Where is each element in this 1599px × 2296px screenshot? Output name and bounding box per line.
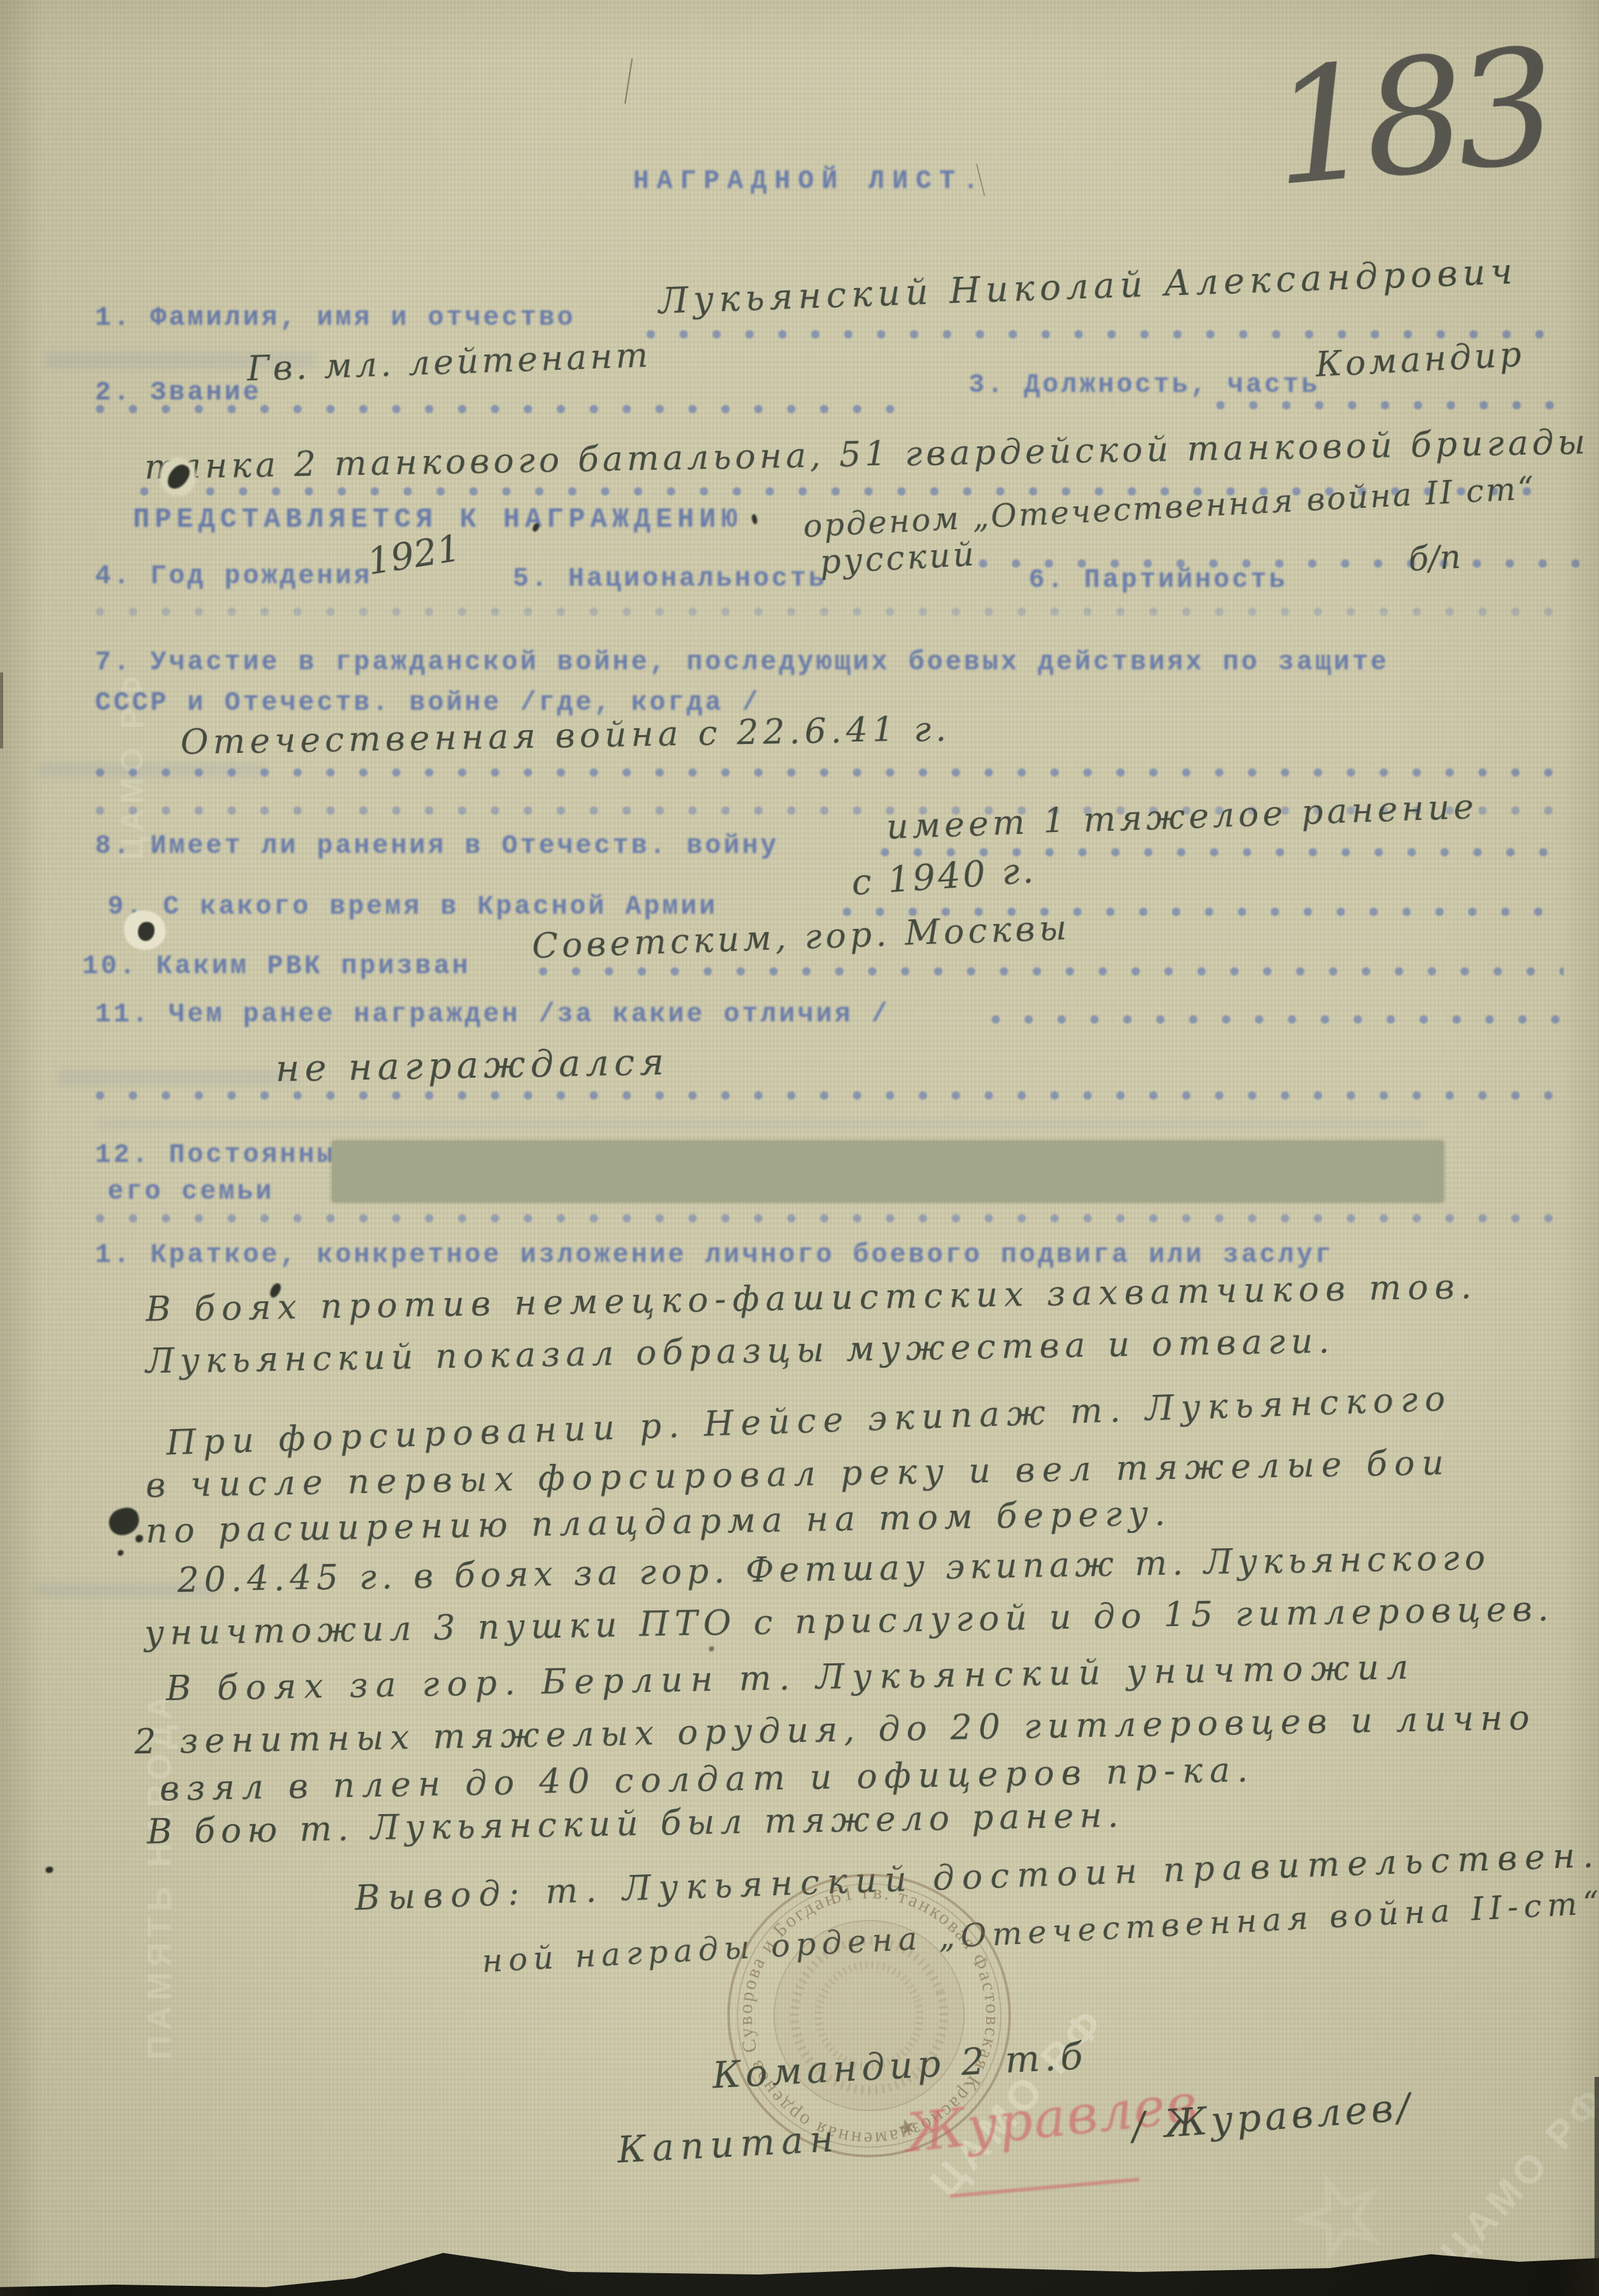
- field-label-drafted-by: 10. Каким РВК призван: [82, 951, 470, 981]
- signature-red-flourish: [950, 2178, 1139, 2198]
- dotted-leader: [991, 1014, 1560, 1025]
- dotted-leader: [95, 404, 905, 415]
- field-label-name: 1. Фамилия, имя и отчество: [95, 303, 575, 333]
- field-value-party: б/п: [1407, 538, 1462, 579]
- field-label-home-address-2: его семьи: [108, 1176, 274, 1207]
- field-label-nationality: 5. Национальность: [513, 564, 827, 594]
- field-label-war-participation-1: 7. Участие в гражданской войне, последую…: [95, 647, 1389, 678]
- scan-bottom-edge: [0, 2244, 1599, 2296]
- page-number: 183: [1265, 14, 1555, 222]
- dotted-leader: [95, 767, 1564, 778]
- award-sheet-scan: ЦАМО РФ ЦАМО РФ ПАМЯТЬ НАРОДА НА НА НА Ц…: [0, 0, 1599, 2296]
- dotted-leader: [538, 966, 1564, 977]
- citation-line: Лукьянский показал образцы мужества и от…: [146, 1321, 1336, 1382]
- field-label-citation: 1. Краткое, конкретное изложение личного…: [95, 1240, 1334, 1270]
- field-value-nationality: русский: [819, 536, 978, 582]
- ink-speck: [118, 1550, 123, 1556]
- citation-line: уничтожил 3 пушки ПТО с прислугой и до 1…: [144, 1589, 1555, 1653]
- ink-speck: [135, 1535, 143, 1542]
- field-value-wounds: имеет 1 тяжелое ранение: [886, 786, 1478, 847]
- dotted-leader: [95, 607, 1564, 617]
- field-label-previous-awards: 11. Чем ранее награжден /за какие отличи…: [95, 999, 890, 1030]
- dotted-leader: [1215, 400, 1564, 411]
- scan-right-edge: [1595, 2077, 1599, 2296]
- field-label-party: 6. Партийность: [1029, 565, 1288, 595]
- field-value-name: Лукьянский Николай Александрович: [658, 251, 1518, 322]
- ink-bleedthrough: [95, 1120, 1424, 1128]
- field-value-army-since: с 1940 г.: [850, 850, 1037, 904]
- field-value-position-2: танка 2 танкового батальона, 51 гвардейс…: [144, 422, 1590, 487]
- citation-line: В боях за гор. Берлин т. Лукьянский унич…: [166, 1647, 1417, 1708]
- field-label-position: 3. Должность, часть: [969, 370, 1320, 400]
- form-title: НАГРАДНОЙ ЛИСТ.: [633, 166, 986, 196]
- ink-speck: [709, 1646, 714, 1651]
- dotted-leader: [95, 1090, 1564, 1101]
- ink-speck: [751, 514, 758, 525]
- field-value-position-1: Командир: [1315, 334, 1526, 384]
- citation-line: В боях против немецко-фашистских захватч…: [146, 1266, 1479, 1330]
- field-label-rank: 2. Звание: [95, 377, 261, 408]
- field-value-presented: орденом „Отечественная война II ст“: [802, 470, 1536, 545]
- field-label-wounds: 8. Имеет ли ранения в Отечеств. войну: [95, 831, 779, 861]
- citation-line: 2 зенитных тяжелых орудия, до 20 гитлеро…: [134, 1698, 1536, 1762]
- field-value-rank: Гв. мл. лейтенант: [246, 335, 652, 389]
- ink-speck: [46, 1867, 53, 1873]
- field-value-previous-awards: не награждался: [275, 1040, 669, 1090]
- scan-left-edge: [0, 672, 3, 748]
- field-label-army-since: 9. С какого время в Красной Армии: [108, 892, 718, 922]
- ink-bleedthrough: [57, 1070, 298, 1085]
- paper-crack: [624, 58, 632, 103]
- dotted-leader: [95, 1213, 1564, 1224]
- field-label-birth-year: 4. Год рождения: [95, 561, 372, 591]
- ink-blot: [106, 1505, 142, 1537]
- redaction-box: [332, 1141, 1443, 1202]
